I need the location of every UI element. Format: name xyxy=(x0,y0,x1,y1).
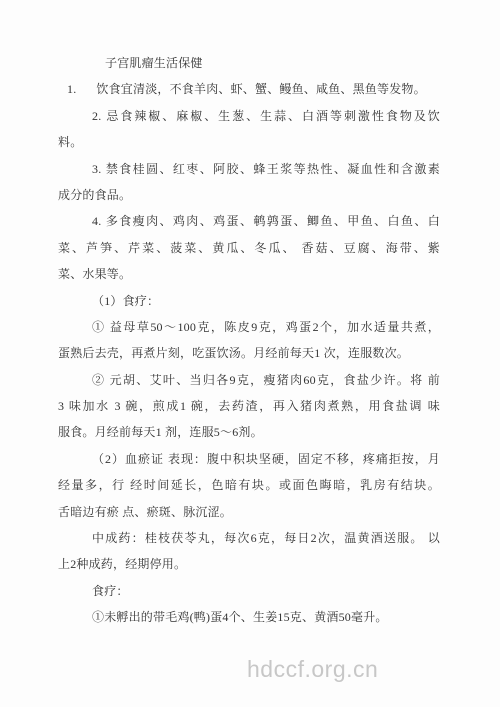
line-text: 服食。月经前每天1 剂，连服5～6剂。 xyxy=(58,425,263,439)
text-line: 3. 禁食桂圆、红枣、阿胶、蜂王浆等热性、凝血性和含激素 xyxy=(92,156,440,182)
text-line: ①未孵出的带毛鸡(鸭)蛋4个、生姜15克、黄酒50毫升。 xyxy=(92,604,500,630)
document-body: 子宫肌瘤生活保健 1.饮食宜清淡，不食羊肉、虾、蟹、鳗鱼、咸鱼、黑鱼等发物。2.… xyxy=(0,0,500,631)
line-text: 蛋熟后去壳，再煮片刻，吃蛋饮汤。月经前每天1 次，连服数次。 xyxy=(58,346,409,360)
text-line: 2. 忌食辣椒、麻椒、生葱、生蒜、白酒等刺激性食物及饮 xyxy=(92,103,440,129)
text-line: 蛋熟后去壳，再煮片刻，吃蛋饮汤。月经前每天1 次，连服数次。 xyxy=(58,340,500,366)
line-text: 中成药：桂枝茯苓丸，每次6克，每日2次，温黄酒送服。 以 xyxy=(92,531,440,545)
line-text: 食疗： xyxy=(92,584,129,598)
line-text: （2）血瘀证 表现：腹中积块坚硬，固定不移，疼痛拒按，月 xyxy=(92,452,440,466)
line-text: 舌暗边有瘀 点、瘀斑、脉沉涩。 xyxy=(58,505,232,519)
line-text: ① 益母草50～100克，陈皮9克，鸡蛋2个，加水适量共煮， xyxy=(92,320,440,334)
text-line: 3 味加水 3 碗，煎成1 碗，去药渣，再入猪肉煮熟，用食盐调 味 xyxy=(58,393,440,419)
line-text: 料。 xyxy=(58,135,82,149)
line-text: 3. 禁食桂圆、红枣、阿胶、蜂王浆等热性、凝血性和含激素 xyxy=(92,162,440,176)
text-line: 食疗： xyxy=(92,578,500,604)
line-text: 菜、芦笋、芹菜、菠菜、黄瓜、冬瓜、 香菇、豆腐、海带、紫 xyxy=(58,241,440,255)
line-text: 菜、水果等。 xyxy=(58,267,131,281)
list-marker: 1. xyxy=(67,82,76,96)
text-line: 舌暗边有瘀 点、瘀斑、脉沉涩。 xyxy=(58,499,500,525)
text-line: 服食。月经前每天1 剂，连服5～6剂。 xyxy=(58,419,500,445)
line-text: ①未孵出的带毛鸡(鸭)蛋4个、生姜15克、黄酒50毫升。 xyxy=(92,610,388,624)
document-page: 子宫肌瘤生活保健 1.饮食宜清淡，不食羊肉、虾、蟹、鳗鱼、咸鱼、黑鱼等发物。2.… xyxy=(0,0,500,707)
text-line: ① 益母草50～100克，陈皮9克，鸡蛋2个，加水适量共煮， xyxy=(92,314,440,340)
line-text: 3 味加水 3 碗，煎成1 碗，去药渣，再入猪肉煮熟，用食盐调 味 xyxy=(58,399,440,413)
text-line: 经量多，行 经时间延长，色暗有块。或面色晦暗，乳房有结块。 xyxy=(58,472,440,498)
line-text: 4. 多食瘦肉、鸡肉、鸡蛋、鹌鹑蛋、鲫鱼、甲鱼、白鱼、白 xyxy=(92,214,440,228)
text-line: （2）血瘀证 表现：腹中积块坚硬，固定不移，疼痛拒按，月 xyxy=(92,446,440,472)
line-text: （1）食疗： xyxy=(92,294,159,308)
text-line: 成分的食品。 xyxy=(58,182,500,208)
text-line: 菜、水果等。 xyxy=(58,261,500,287)
text-line: （1）食疗： xyxy=(92,288,500,314)
document-title: 子宫肌瘤生活保健 xyxy=(105,50,500,76)
text-line: 中成药：桂枝茯苓丸，每次6克，每日2次，温黄酒送服。 以 xyxy=(92,525,440,551)
watermark-text: hdccf.org.cn xyxy=(247,656,378,683)
line-text: 上2种成药，经期停用。 xyxy=(58,557,186,571)
text-line: 上2种成药，经期停用。 xyxy=(58,551,500,577)
line-text: 2. 忌食辣椒、麻椒、生葱、生蒜、白酒等刺激性食物及饮 xyxy=(92,109,440,123)
line-text: 饮食宜清淡，不食羊肉、虾、蟹、鳗鱼、咸鱼、黑鱼等发物。 xyxy=(96,82,425,96)
text-line: 4. 多食瘦肉、鸡肉、鸡蛋、鹌鹑蛋、鲫鱼、甲鱼、白鱼、白 xyxy=(92,208,440,234)
line-text: ② 元胡、艾叶、当归各9克，瘦猪肉60克，食盐少许。将 前 xyxy=(92,373,440,387)
text-line: 菜、芦笋、芹菜、菠菜、黄瓜、冬瓜、 香菇、豆腐、海带、紫 xyxy=(58,235,440,261)
text-line: 料。 xyxy=(58,129,500,155)
line-text: 成分的食品。 xyxy=(58,188,131,202)
line-text: 经量多，行 经时间延长，色暗有块。或面色晦暗，乳房有结块。 xyxy=(58,478,440,492)
text-line: ② 元胡、艾叶、当归各9克，瘦猪肉60克，食盐少许。将 前 xyxy=(92,367,440,393)
text-line: 1.饮食宜清淡，不食羊肉、虾、蟹、鳗鱼、咸鱼、黑鱼等发物。 xyxy=(67,76,500,102)
